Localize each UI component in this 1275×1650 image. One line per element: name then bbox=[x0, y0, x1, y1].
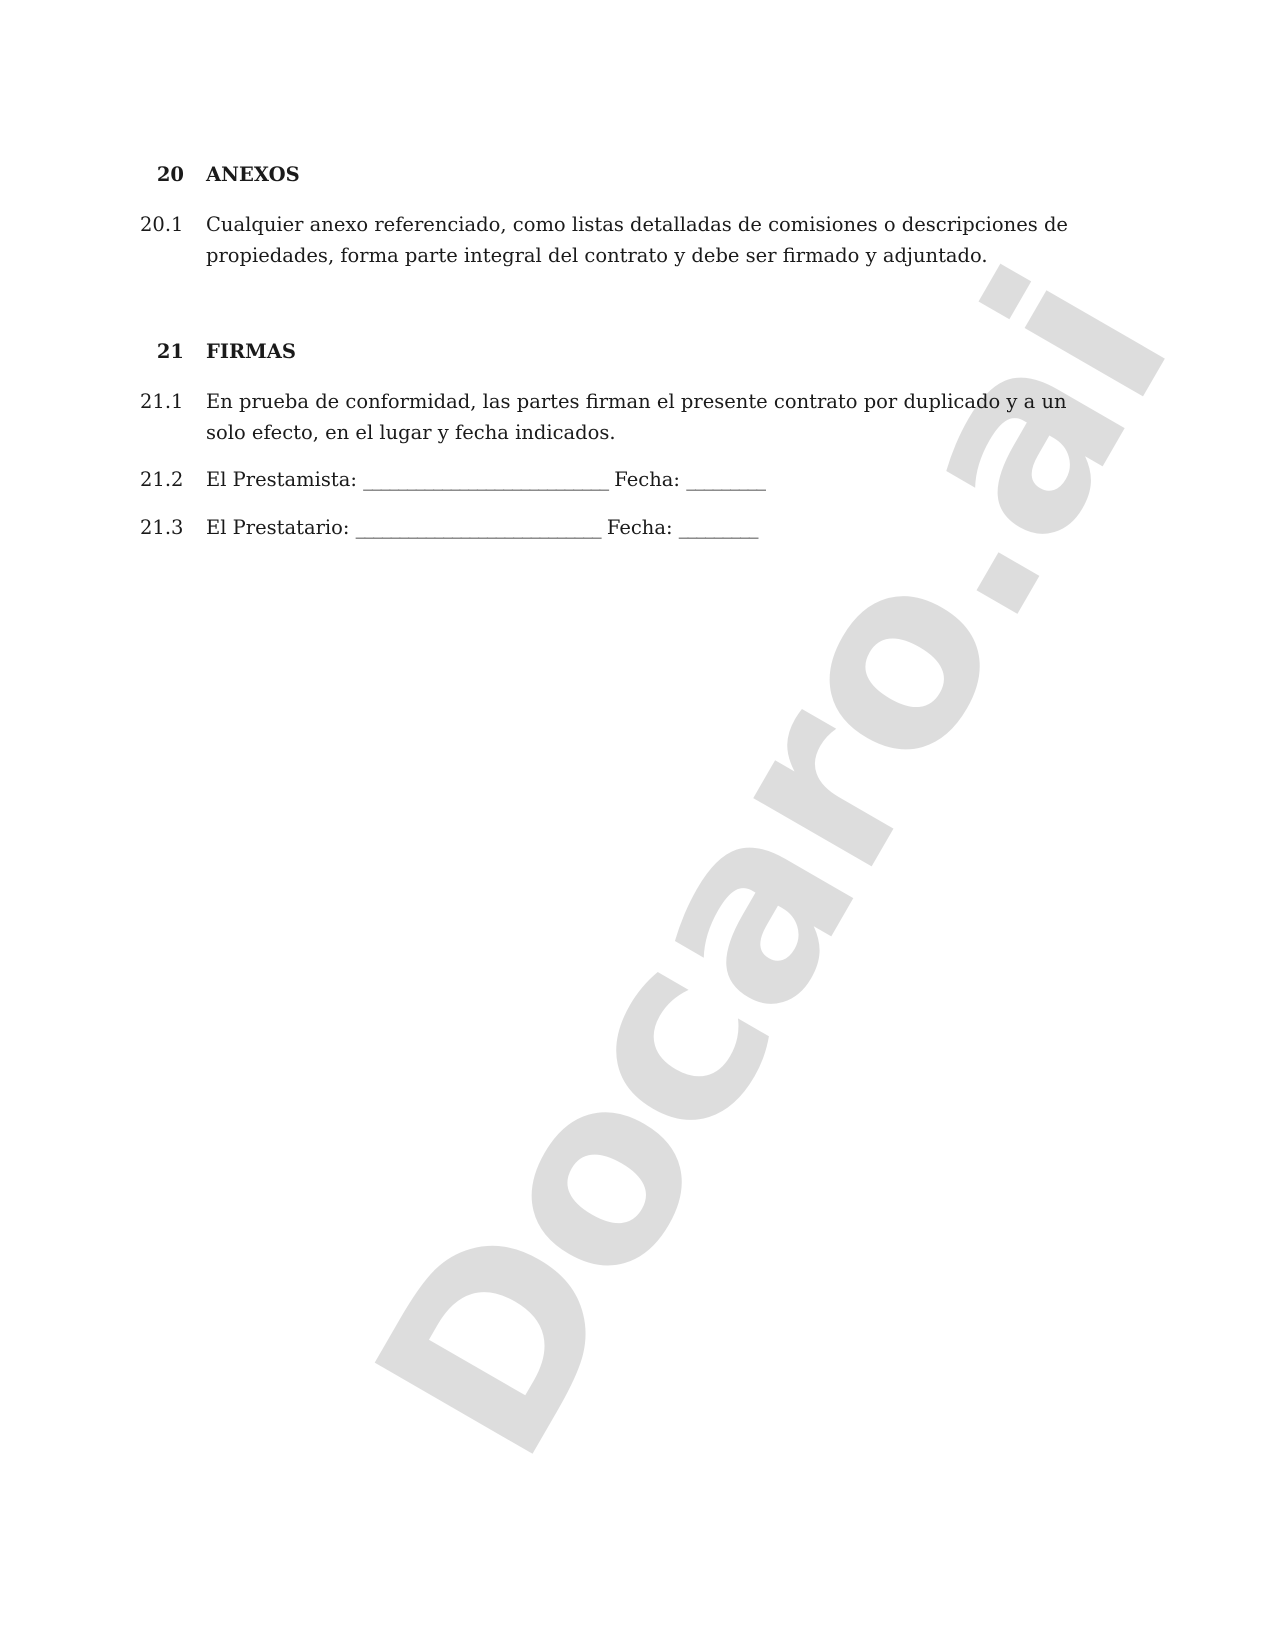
date-line: _________ bbox=[679, 516, 758, 539]
clause-20-1: 20.1 Cualquier anexo referenciado, como … bbox=[140, 209, 1100, 271]
section-number: 20 bbox=[140, 159, 184, 190]
clause-text: En prueba de conformidad, las partes fir… bbox=[206, 386, 1100, 448]
date-line: _________ bbox=[686, 468, 765, 491]
clause-21-3-borrower-signature: 21.3 El Prestatario: ___________________… bbox=[140, 512, 1100, 543]
signatory-label: El Prestamista: bbox=[206, 468, 357, 491]
section-heading-firmas: 21 FIRMAS bbox=[140, 336, 296, 367]
section-title: ANEXOS bbox=[206, 159, 300, 190]
clause-21-2-lender-signature: 21.2 El Prestamista: ___________________… bbox=[140, 464, 1100, 495]
clause-number: 20.1 bbox=[140, 209, 206, 271]
document-page: Docaro.ai 20 ANEXOS 20.1 Cualquier anexo… bbox=[0, 0, 1275, 1650]
section-heading-anexos: 20 ANEXOS bbox=[140, 159, 300, 190]
signature-line: ____________________________ bbox=[356, 516, 601, 539]
clause-text: Cualquier anexo referenciado, como lista… bbox=[206, 209, 1100, 271]
clause-number: 21.1 bbox=[140, 386, 206, 448]
signature-line: ____________________________ bbox=[363, 468, 608, 491]
clause-number: 21.2 bbox=[140, 464, 206, 495]
date-label: Fecha: bbox=[614, 468, 680, 491]
clause-number: 21.3 bbox=[140, 512, 206, 543]
date-label: Fecha: bbox=[607, 516, 673, 539]
signatory-label: El Prestatario: bbox=[206, 516, 349, 539]
section-number: 21 bbox=[140, 336, 184, 367]
section-title: FIRMAS bbox=[206, 336, 296, 367]
clause-21-1: 21.1 En prueba de conformidad, las parte… bbox=[140, 386, 1100, 448]
